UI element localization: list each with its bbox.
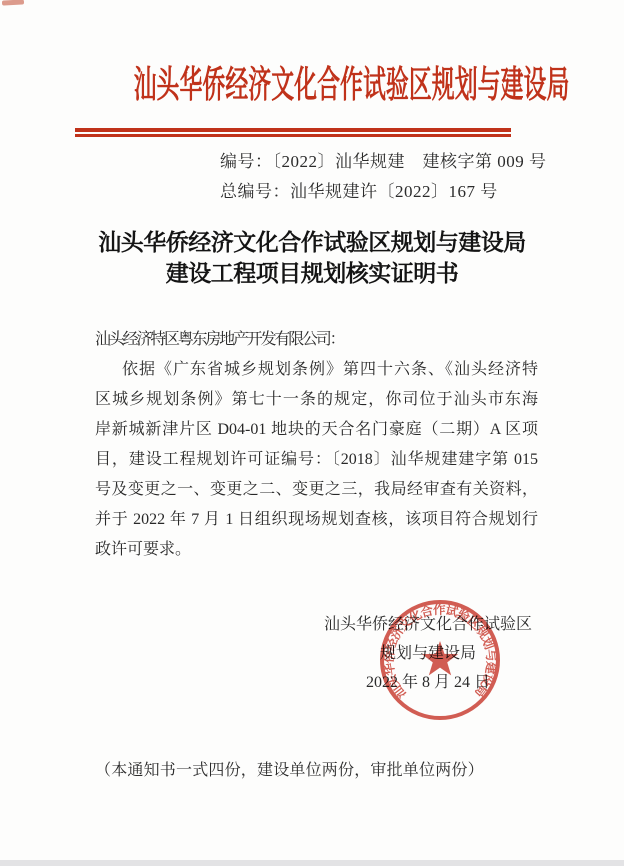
doc-number: 编号：〔2022〕汕华规建 建核字第 009 号	[220, 147, 547, 177]
body-line: 政许可要求。	[95, 535, 538, 565]
doc-total-number: 总编号：汕华规建许〔2022〕167 号	[220, 177, 547, 207]
letterhead-title: 汕头华侨经济文化合作试验区规划与建设局	[134, 62, 570, 110]
official-seal-stamp: 汕头华侨经济文化合作试验区规划与建设局	[375, 596, 505, 726]
star-icon	[422, 641, 458, 675]
document-title: 汕头华侨经济文化合作试验区规划与建设局 建设工程项目规划核实证明书	[0, 227, 624, 289]
body-line: 并于 2022 年 7 月 1 日组织现场规划查核，该项目符合规划行	[95, 505, 538, 535]
body-text: 汕头经济特区粤东房地产开发有限公司： 依据《广东省城乡规划条例》第四十六条、《汕…	[95, 325, 538, 565]
letterhead: 汕头华侨经济文化合作试验区规划与建设局	[0, 62, 624, 117]
doc-numbers: 编号：〔2022〕汕华规建 建核字第 009 号 总编号：汕华规建许〔2022〕…	[220, 147, 547, 207]
body-line: 区城乡规划条例》第七十一条的规定，你司位于汕头市东海	[95, 385, 538, 415]
page-edge-shadow	[0, 860, 624, 866]
salutation-line: 汕头经济特区粤东房地产开发有限公司：	[95, 325, 538, 355]
document-title-line1: 汕头华侨经济文化合作试验区规划与建设局	[0, 227, 624, 258]
document-page: 汕头华侨经济文化合作试验区规划与建设局 编号：〔2022〕汕华规建 建核字第 0…	[0, 0, 624, 866]
divider-line-thin	[75, 134, 511, 137]
body-line: 依据《广东省城乡规划条例》第四十六条、《汕头经济特	[95, 355, 538, 385]
letterhead-divider	[75, 128, 511, 137]
scan-corner-mark	[2, 0, 24, 6]
divider-line-thick	[75, 128, 511, 132]
footnote: （本通知书一式四份，建设单位两份，审批单位两份）	[95, 757, 595, 780]
document-title-line2: 建设工程项目规划核实证明书	[0, 258, 624, 289]
body-line: 号及变更之一、变更之二、变更之三，我局经审查有关资料，	[95, 475, 538, 505]
body-line: 岸新城新津片区 D04-01 地块的天合名门豪庭（二期）A 区项	[95, 415, 538, 445]
body-line: 目，建设工程规划许可证编号：〔2018〕汕华规建建字第 015	[95, 445, 538, 475]
